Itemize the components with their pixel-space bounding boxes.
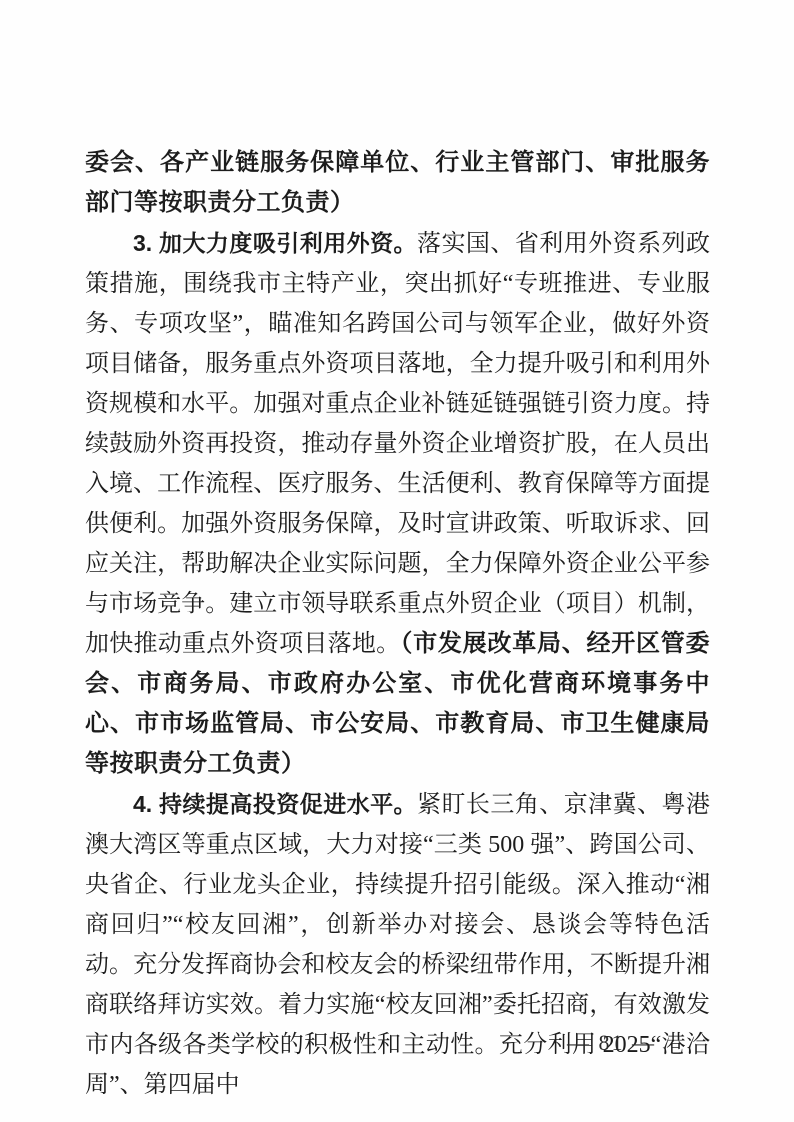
paragraph: 委会、各产业链服务保障单位、行业主管部门、审批服务部门等按职责分工负责） <box>85 143 710 223</box>
text-segment: 4. 持续提高投资促进水平。 <box>133 791 417 817</box>
page-number: — 81 — <box>567 1028 656 1058</box>
document-body: 委会、各产业链服务保障单位、行业主管部门、审批服务部门等按职责分工负责）3. 加… <box>85 143 710 1105</box>
text-segment: 3. 加大力度吸引利用外资。 <box>133 230 417 256</box>
document-page: 委会、各产业链服务保障单位、行业主管部门、审批服务部门等按职责分工负责）3. 加… <box>0 0 794 1122</box>
text-segment: 落实国、省利用外资系列政策措施，围绕我市主特产业，突出抓好“专班推进、专业服务、… <box>85 231 710 657</box>
text-segment: 委会、各产业链服务保障单位、行业主管部门、审批服务部门等按职责分工负责） <box>85 150 710 216</box>
paragraph: 3. 加大力度吸引利用外资。落实国、省利用外资系列政策措施，围绕我市主特产业，突… <box>85 223 710 784</box>
